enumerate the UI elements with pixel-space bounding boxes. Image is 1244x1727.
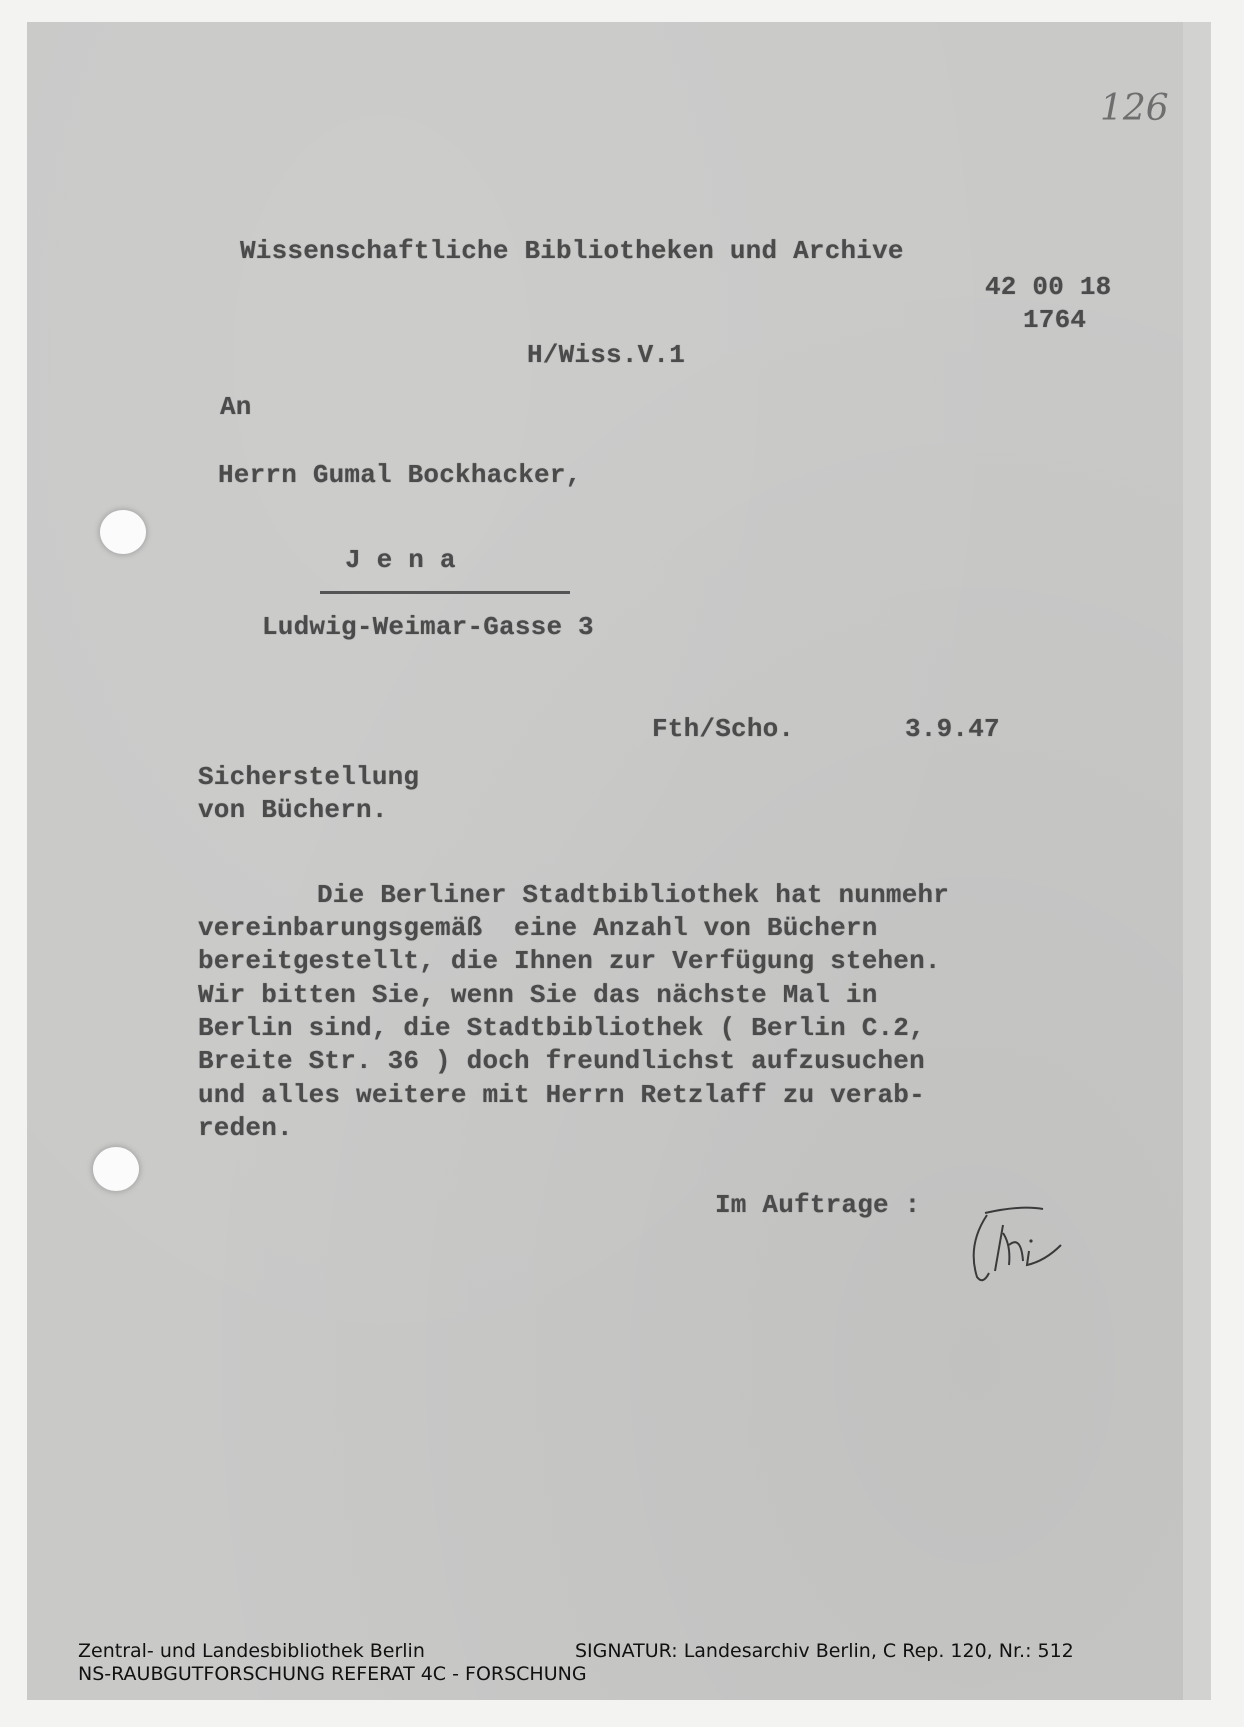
body-line: Die Berliner Stadtbibliothek hat nunmehr <box>317 880 949 910</box>
subject-line-2: von Büchern. <box>198 795 388 825</box>
body-line: und alles weitere mit Herrn Retzlaff zu … <box>198 1080 925 1110</box>
punch-hole-top <box>100 510 146 554</box>
recipient-city: J e n a <box>345 545 456 575</box>
footer-signatur: SIGNATUR: Landesarchiv Berlin, C Rep. 12… <box>575 1640 1074 1662</box>
file-number-2: 1764 <box>1023 305 1086 335</box>
closing-text: Im Auftrage : <box>715 1190 920 1220</box>
recipient-name: Herrn Gumal Bockhacker, <box>218 460 581 490</box>
letterhead-institution: Wissenschaftliche Bibliotheken und Archi… <box>240 236 904 266</box>
body-line: Wir bitten Sie, wenn Sie das nächste Mal… <box>198 980 878 1010</box>
archive-page-number: 126 <box>1100 88 1169 129</box>
recipient-street: Ludwig-Weimar-Gasse 3 <box>262 612 594 642</box>
page-edge-strip <box>1183 22 1211 1700</box>
body-line: Breite Str. 36 ) doch freundlichst aufzu… <box>198 1046 925 1076</box>
signature-scribble-icon <box>965 1205 1075 1295</box>
reference-initials: Fth/Scho. <box>652 714 794 744</box>
footer-department: NS-RAUBGUTFORSCHUNG REFERAT 4C - FORSCHU… <box>78 1663 587 1685</box>
punch-hole-bottom <box>93 1147 139 1191</box>
signature: Mi <box>965 1205 1075 1300</box>
department-code: H/Wiss.V.1 <box>527 340 685 370</box>
file-number-1: 42 00 18 <box>985 272 1111 302</box>
body-line: bereitgestellt, die Ihnen zur Verfügung … <box>198 946 941 976</box>
letter-date: 3.9.47 <box>905 714 1000 744</box>
subject-line-1: Sicherstellung <box>198 762 419 792</box>
city-underline <box>320 591 570 594</box>
body-line: vereinbarungsgemäß eine Anzahl von Büche… <box>198 913 878 943</box>
body-line: reden. <box>198 1113 293 1143</box>
body-line: Berlin sind, die Stadtbibliothek ( Berli… <box>198 1013 925 1043</box>
footer-library: Zentral- und Landesbibliothek Berlin <box>78 1640 425 1662</box>
recipient-prefix: An <box>220 392 252 422</box>
